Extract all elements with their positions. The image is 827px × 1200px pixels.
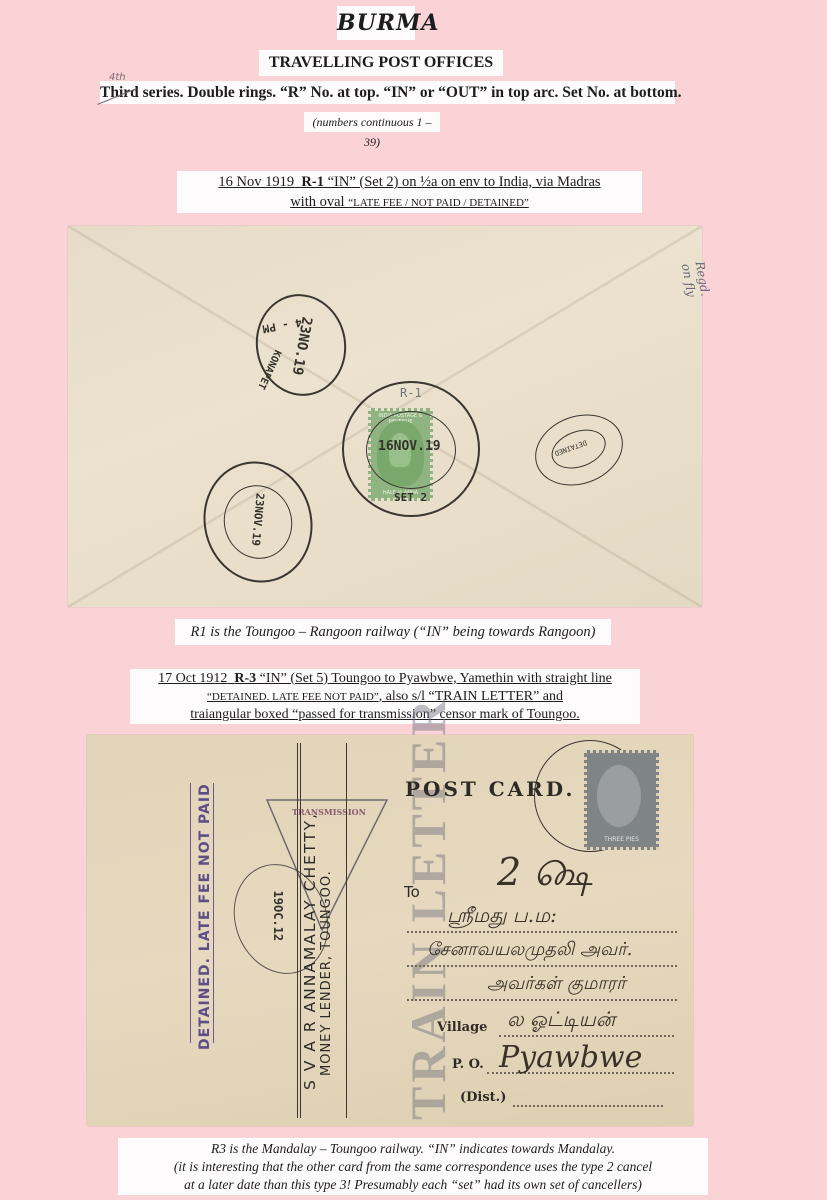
tpo-date: 16NOV.19 — [378, 439, 441, 454]
item2-footnote-line2: (it is interesting that the other card f… — [118, 1158, 708, 1176]
po-label: P. O. — [452, 1057, 484, 1072]
envelope-cover: 4 - PM 23NO.19 KONAPET INDIA POSTAGE & R… — [68, 226, 702, 607]
dist-label: (Dist.) — [460, 1090, 506, 1105]
address-line-1 — [407, 931, 677, 933]
item1-code: R-1 — [301, 174, 324, 190]
item2-code: R-3 — [234, 671, 256, 686]
struck-word: Third — [100, 84, 139, 101]
dist-line — [513, 1105, 663, 1107]
item2-footnote: R3 is the Mandalay – Toungoo railway. “I… — [118, 1138, 708, 1195]
handwriting-line3: அவர்கள் குமாரர் — [487, 973, 626, 996]
tpo-set: SET 2 — [394, 491, 427, 504]
pyawbwe-date: 19OC.12 — [271, 891, 285, 942]
item1-date: 16 Nov 1919 — [218, 174, 294, 190]
handwriting-line1: ஸ்ரீமது ப.ம: — [447, 903, 557, 930]
sender-line2: MONEY LENDER, TOUNGOO. — [319, 812, 334, 1076]
address-line-3 — [407, 999, 677, 1001]
village-line — [499, 1035, 674, 1037]
handwriting-to: 2 ௸ — [497, 850, 592, 900]
address-line-2 — [407, 965, 677, 967]
item1-line2-smallcaps: “LATE FEE / NOT PAID / DETAINED” — [348, 197, 529, 209]
item1-text: “IN” (Set 2) on ½a on env to India, via … — [324, 174, 601, 190]
series-description: Third series. Double rings. “R” No. at t… — [100, 81, 675, 104]
sender-line1: S V A R ANNAMALAY CHETTY, — [301, 812, 319, 1090]
pencil-note: Regd. on fly — [679, 260, 713, 300]
three-pies-stamp: THREE PIES — [584, 750, 659, 850]
handwriting-village: ல ஓட்டியன் — [507, 1007, 615, 1034]
numbers-note: (numbers continuous 1 – 39) — [304, 112, 440, 132]
sender-imprint: S V A R ANNAMALAY CHETTY, MONEY LENDER, … — [301, 812, 334, 1090]
handwriting-line2: சேனாவயலமுதலி அவர். — [427, 939, 632, 962]
item1-caption: 16 Nov 1919 R-1 “IN” (Set 2) on ½a on en… — [177, 171, 642, 213]
item2-footnote-line1: R3 is the Mandalay – Toungoo railway. “I… — [118, 1140, 708, 1158]
handwriting-po: Pyawbwe — [499, 1040, 642, 1075]
item2-line1: “IN” (Set 5) Toungoo to Pyawbwe, Yamethi… — [256, 671, 612, 686]
postcard: DETAINED. LATE FEE NOT PAID TRANSMISSION… — [87, 735, 693, 1126]
item1-footnote: R1 is the Toungoo – Rangoon railway (“IN… — [175, 619, 611, 645]
to-label: To — [404, 883, 420, 901]
divider-right — [346, 743, 347, 1118]
tpo-r-number: R-1 — [400, 386, 422, 400]
stamp-value: THREE PIES — [587, 836, 656, 843]
item2-date: 17 Oct 1912 — [158, 671, 227, 686]
item2-line3: traiangular boxed “passed for transmissi… — [130, 706, 640, 724]
page-title: BURMA — [337, 6, 415, 40]
king-portrait — [597, 765, 641, 827]
item2-footnote-line3: at a later date than this type 3! Presum… — [118, 1176, 708, 1194]
divider-left — [297, 743, 298, 1118]
violet-handstamp: DETAINED. LATE FEE NOT PAID — [197, 783, 213, 1050]
item2-caption: 17 Oct 1912 R-3 “IN” (Set 5) Toungoo to … — [130, 669, 640, 724]
item2-line2-smallcaps: “DETAINED. LATE FEE NOT PAID” — [207, 691, 379, 703]
series-text: series. Double rings. “R” No. at top. “I… — [139, 84, 682, 101]
village-label: Village — [437, 1020, 487, 1035]
page-subtitle: TRAVELLING POST OFFICES — [259, 50, 503, 76]
item1-line2-prefix: with oval — [290, 194, 348, 210]
tpo-r1-postmark: R-1 16NOV.19 SET 2 — [342, 381, 480, 517]
